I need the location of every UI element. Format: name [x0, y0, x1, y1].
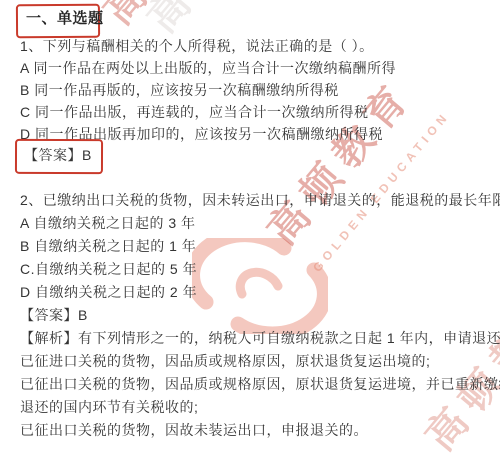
quiz-document-page: 高顿教育 GOLDEN EDUCATION 高顿教育 高顿教育 高顿教育 一、单… — [0, 0, 500, 465]
question-2-option-c: C.自缴纳关税之日起的 5 年 — [20, 261, 197, 277]
section-title: 一、单选题 — [26, 11, 104, 27]
question-1-option-c: C 同一作品出版，再连载的，应当合计一次缴纳所得税 — [20, 104, 369, 120]
question-2-option-b: B 自缴纳关税之日起的 1 年 — [20, 238, 196, 254]
question-2-analysis-header: 【解析】有下列情形之一的，纳税人可自缴纳税款之日起 1 年内，申请退还关税： — [20, 330, 500, 346]
question-2-analysis-line-1: 已征进口关税的货物，因品质或规格原因，原状退货复运出境的; — [20, 353, 430, 369]
question-2-answer: 【答案】B — [20, 307, 88, 323]
question-1-option-a: A 同一作品在两处以上出版的，应当合计一次缴纳稿酬所得 — [20, 60, 396, 76]
question-1-answer: 【答案】B — [24, 147, 92, 163]
question-2-option-d: D 自缴纳关税之日起的 2 年 — [20, 284, 197, 300]
question-2-stem: 2、已缴纳出口关税的货物，因未转运出口，申请退关的，能退税的最长年限为（ ）。 — [20, 192, 500, 208]
question-1-stem: 1、下列与稿酬相关的个人所得税，说法正确的是（ ）。 — [20, 38, 374, 54]
quiz-content: 一、单选题 1、下列与稿酬相关的个人所得税，说法正确的是（ ）。 A 同一作品在… — [0, 0, 500, 465]
question-2-analysis-line-4: 已征出口关税的货物，因故未装运出口，申报退关的。 — [20, 422, 368, 438]
question-1-option-b: B 同一作品再版的，应该按另一次稿酬缴纳所得税 — [20, 82, 339, 98]
question-2-option-a: A 自缴纳关税之日起的 3 年 — [20, 215, 196, 231]
question-2-analysis-line-3: 退还的国内环节有关税收的; — [20, 399, 198, 415]
question-2-analysis-line-2: 已征出口关税的货物，因品质或规格原因，原状退货复运进境，并已重新缴纳因出口而 — [20, 376, 500, 392]
